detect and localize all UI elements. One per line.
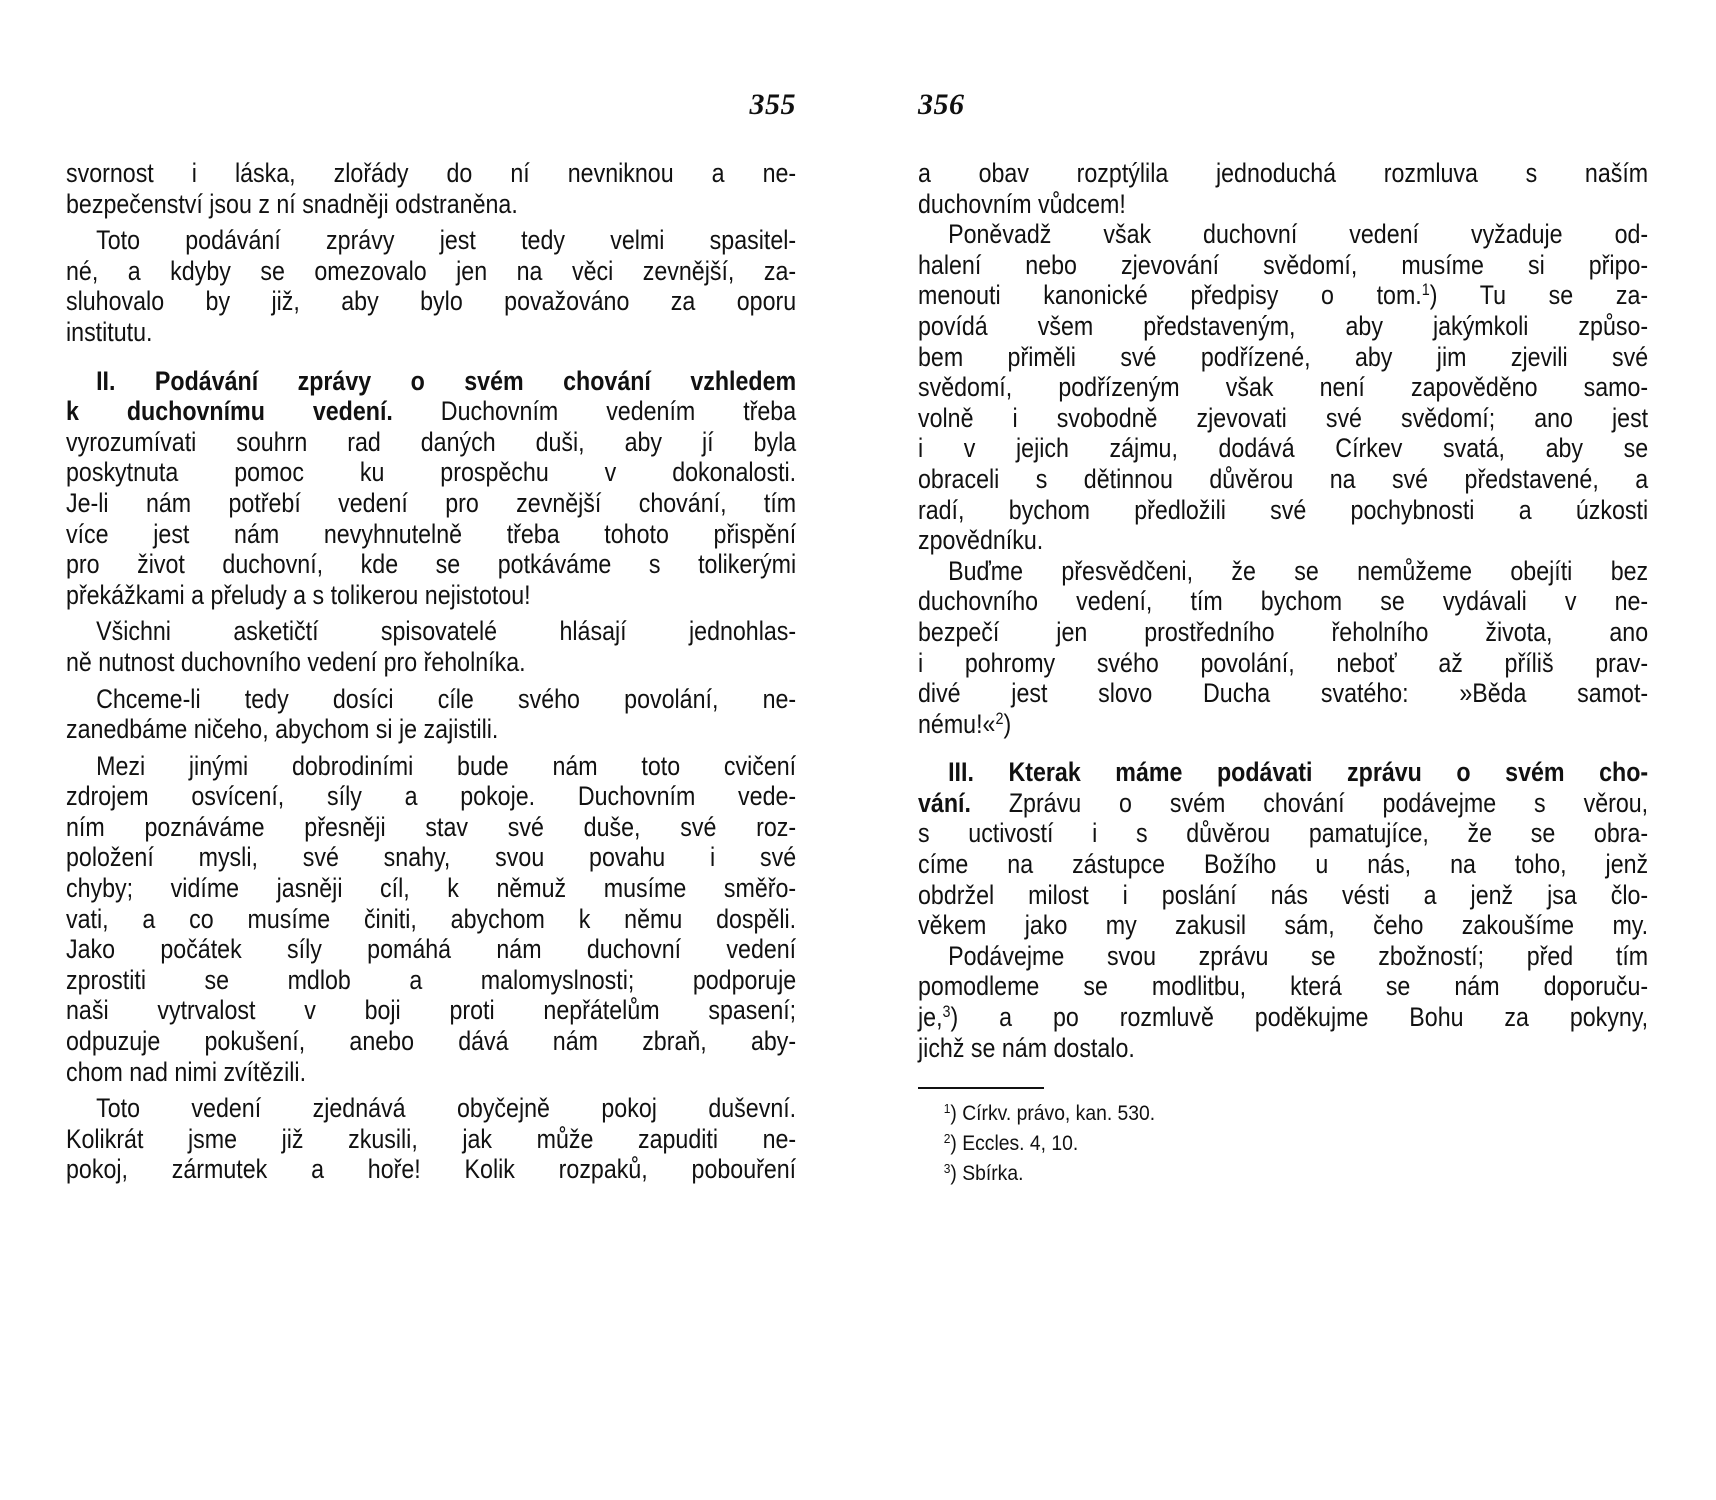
text-line: duchovním vůdcem! [918,189,1648,220]
text-line: ním poznáváme přesněji stav své duše, sv… [66,812,796,843]
text-line: címe na zástupce Božího u nás, na toho, … [918,849,1648,880]
text-line: chyby; vidíme jasněji cíl, k němuž musím… [66,873,796,904]
section-heading: k duchovnímu vedení. [66,396,393,426]
left-page-text: svornost i láska, zlořády do ní nevnikno… [66,158,796,1185]
text-line: radí, bychom předložili své pochybnosti … [918,495,1648,526]
text-run: Zprávu o svém chování podávejme s věrou, [971,788,1648,818]
footnote: 3) Sbírka. [918,1159,1590,1189]
footnote: 1) Církv. právo, kan. 530. [918,1099,1590,1129]
text-line: institutu. [66,317,796,348]
text-line: i v jejich zájmu, dodává Církev svatá, a… [918,433,1648,464]
text-line: ně nutnost duchovního vedení pro řeholní… [66,647,796,678]
text-line: k duchovnímu vedení. Duchovním vedením t… [66,396,796,427]
text-run: ) a po rozmluvě poděkujme Bohu za pokyny… [951,1002,1649,1032]
section-heading: III. Kterak máme podávati zprávu o svém … [918,757,1648,788]
text-line: Jako počátek síly pomáhá nám duchovní ve… [66,934,796,965]
footnote-divider [918,1087,1044,1089]
text-line: nému!«2) [918,709,1648,740]
text-line: svědomí, podřízeným však není zapověděno… [918,372,1648,403]
text-line: odpuzuje pokušení, anebo dává nám zbraň,… [66,1026,796,1057]
section-heading: vání. [918,788,971,818]
right-page-text: a obav rozptýlila jednoduchá rozmluva s … [918,158,1648,1189]
text-run: je, [918,1002,943,1032]
footnote-text: Církv. právo, kan. 530. [962,1102,1155,1125]
text-line: zdrojem osvícení, síly a pokoje. Duchovn… [66,781,796,812]
text-line: duchovního vedení, tím bychom se vydával… [918,586,1648,617]
text-line: zprostiti se mdlob a malomyslnosti; podp… [66,965,796,996]
text-run: ) Tu se za- [1430,280,1648,310]
text-line: obdržel milost i poslání nás vésti a jen… [918,880,1648,911]
text-line: vati, a co musíme činiti, abychom k němu… [66,904,796,935]
text-line: věkem jako my zakusil sám, čeho zakouším… [918,910,1648,941]
text-line: je,3) a po rozmluvě poděkujme Bohu za po… [918,1002,1648,1033]
text-line: divé jest slovo Ducha svatého: »Běda sam… [918,678,1648,709]
text-line: svornost i láska, zlořády do ní nevnikno… [66,158,796,189]
text-line: Kolikrát jsme již zkusili, jak může zapu… [66,1124,796,1155]
text-line: vání. Zprávu o svém chování podávejme s … [918,788,1648,819]
text-line: překážkami a přeludy a s tolikerou nejis… [66,580,796,611]
page-number: 355 [750,88,797,122]
text-line: pokoj, zármutek a hoře! Kolik rozpaků, p… [66,1154,796,1185]
text-line: chom nad nimi zvítězili. [66,1057,796,1088]
text-line: bezpečenství jsou z ní snadněji odstraně… [66,189,796,220]
text-line: vyrozumívati souhrn rad daných duši, aby… [66,427,796,458]
text-line: naši vytrvalost v boji proti nepřátelům … [66,995,796,1026]
text-line: bezpečí jen prostředního řeholního život… [918,617,1648,648]
text-line: halení nebo zjevování svědomí, musíme si… [918,250,1648,281]
text-line: sluhovalo by již, aby bylo považováno za… [66,286,796,317]
text-line: Je-li nám potřebí vedení pro zevnější ch… [66,488,796,519]
text-line: Mezi jinými dobrodiními bude nám toto cv… [66,751,796,782]
text-line: s uctivostí i s důvěrou pamatujíce, že s… [918,818,1648,849]
text-line: pro život duchovní, kde se potkáváme s t… [66,549,796,580]
text-line: jichž se nám dostalo. [918,1033,1648,1064]
text-run: nému!« [918,709,995,739]
text-line: Buďme přesvědčeni, že se nemůžeme obejít… [918,556,1648,587]
text-line: Poněvadž však duchovní vedení vyžaduje o… [918,219,1648,250]
text-line: položení mysli, své snahy, svou povahu i… [66,842,796,873]
text-line: Podávejme svou zprávu se zbožností; před… [918,941,1648,972]
text-run: ) [1003,709,1011,739]
text-line: zanedbáme ničeho, abychom si je zajistil… [66,714,796,745]
text-line: zpovědníku. [918,525,1648,556]
text-line: pomodleme se modlitbu, která se nám dopo… [918,971,1648,1002]
footnote-text: Sbírka. [962,1162,1023,1185]
text-line: Toto vedení zjednává obyčejně pokoj duše… [66,1093,796,1124]
text-line: i pohromy svého povolání, neboť až příli… [918,648,1648,679]
text-line: volně i svobodně zjevovati své svědomí; … [918,403,1648,434]
footnote-ref[interactable]: 3 [943,1002,951,1021]
text-line: poskytnuta pomoc ku prospěchu v dokonalo… [66,457,796,488]
footnote-marker: 1 [944,1101,951,1116]
footnote-marker: 3 [944,1161,951,1176]
text-line: Toto podávání zprávy jest tedy velmi spa… [66,225,796,256]
footnote: 2) Eccles. 4, 10. [918,1129,1590,1159]
text-line: povídá všem představeným, aby jakýmkoli … [918,311,1648,342]
text-line: obraceli s dětinnou důvěrou na své předs… [918,464,1648,495]
text-line: Chceme-li tedy dosíci cíle svého povolán… [66,684,796,715]
text-run: menouti kanonické předpisy o tom. [918,280,1422,310]
text-run: Duchovním vedením třeba [393,396,796,426]
text-line: bem přiměli své podřízené, aby jim zjevi… [918,342,1648,373]
page-number: 356 [918,88,965,122]
text-line: menouti kanonické předpisy o tom.1) Tu s… [918,280,1648,311]
text-line: né, a kdyby se omezovalo jen na věci zev… [66,256,796,287]
footnote-ref[interactable]: 1 [1422,280,1430,299]
text-line: více jest nám nevyhnutelně třeba tohoto … [66,519,796,550]
footnote-text: Eccles. 4, 10. [962,1132,1078,1155]
text-line: Všichni asketičtí spisovatelé hlásají je… [66,616,796,647]
section-heading: II. Podávání zprávy o svém chování vzhle… [66,366,796,397]
footnote-marker: 2 [944,1131,951,1146]
text-line: a obav rozptýlila jednoduchá rozmluva s … [918,158,1648,189]
